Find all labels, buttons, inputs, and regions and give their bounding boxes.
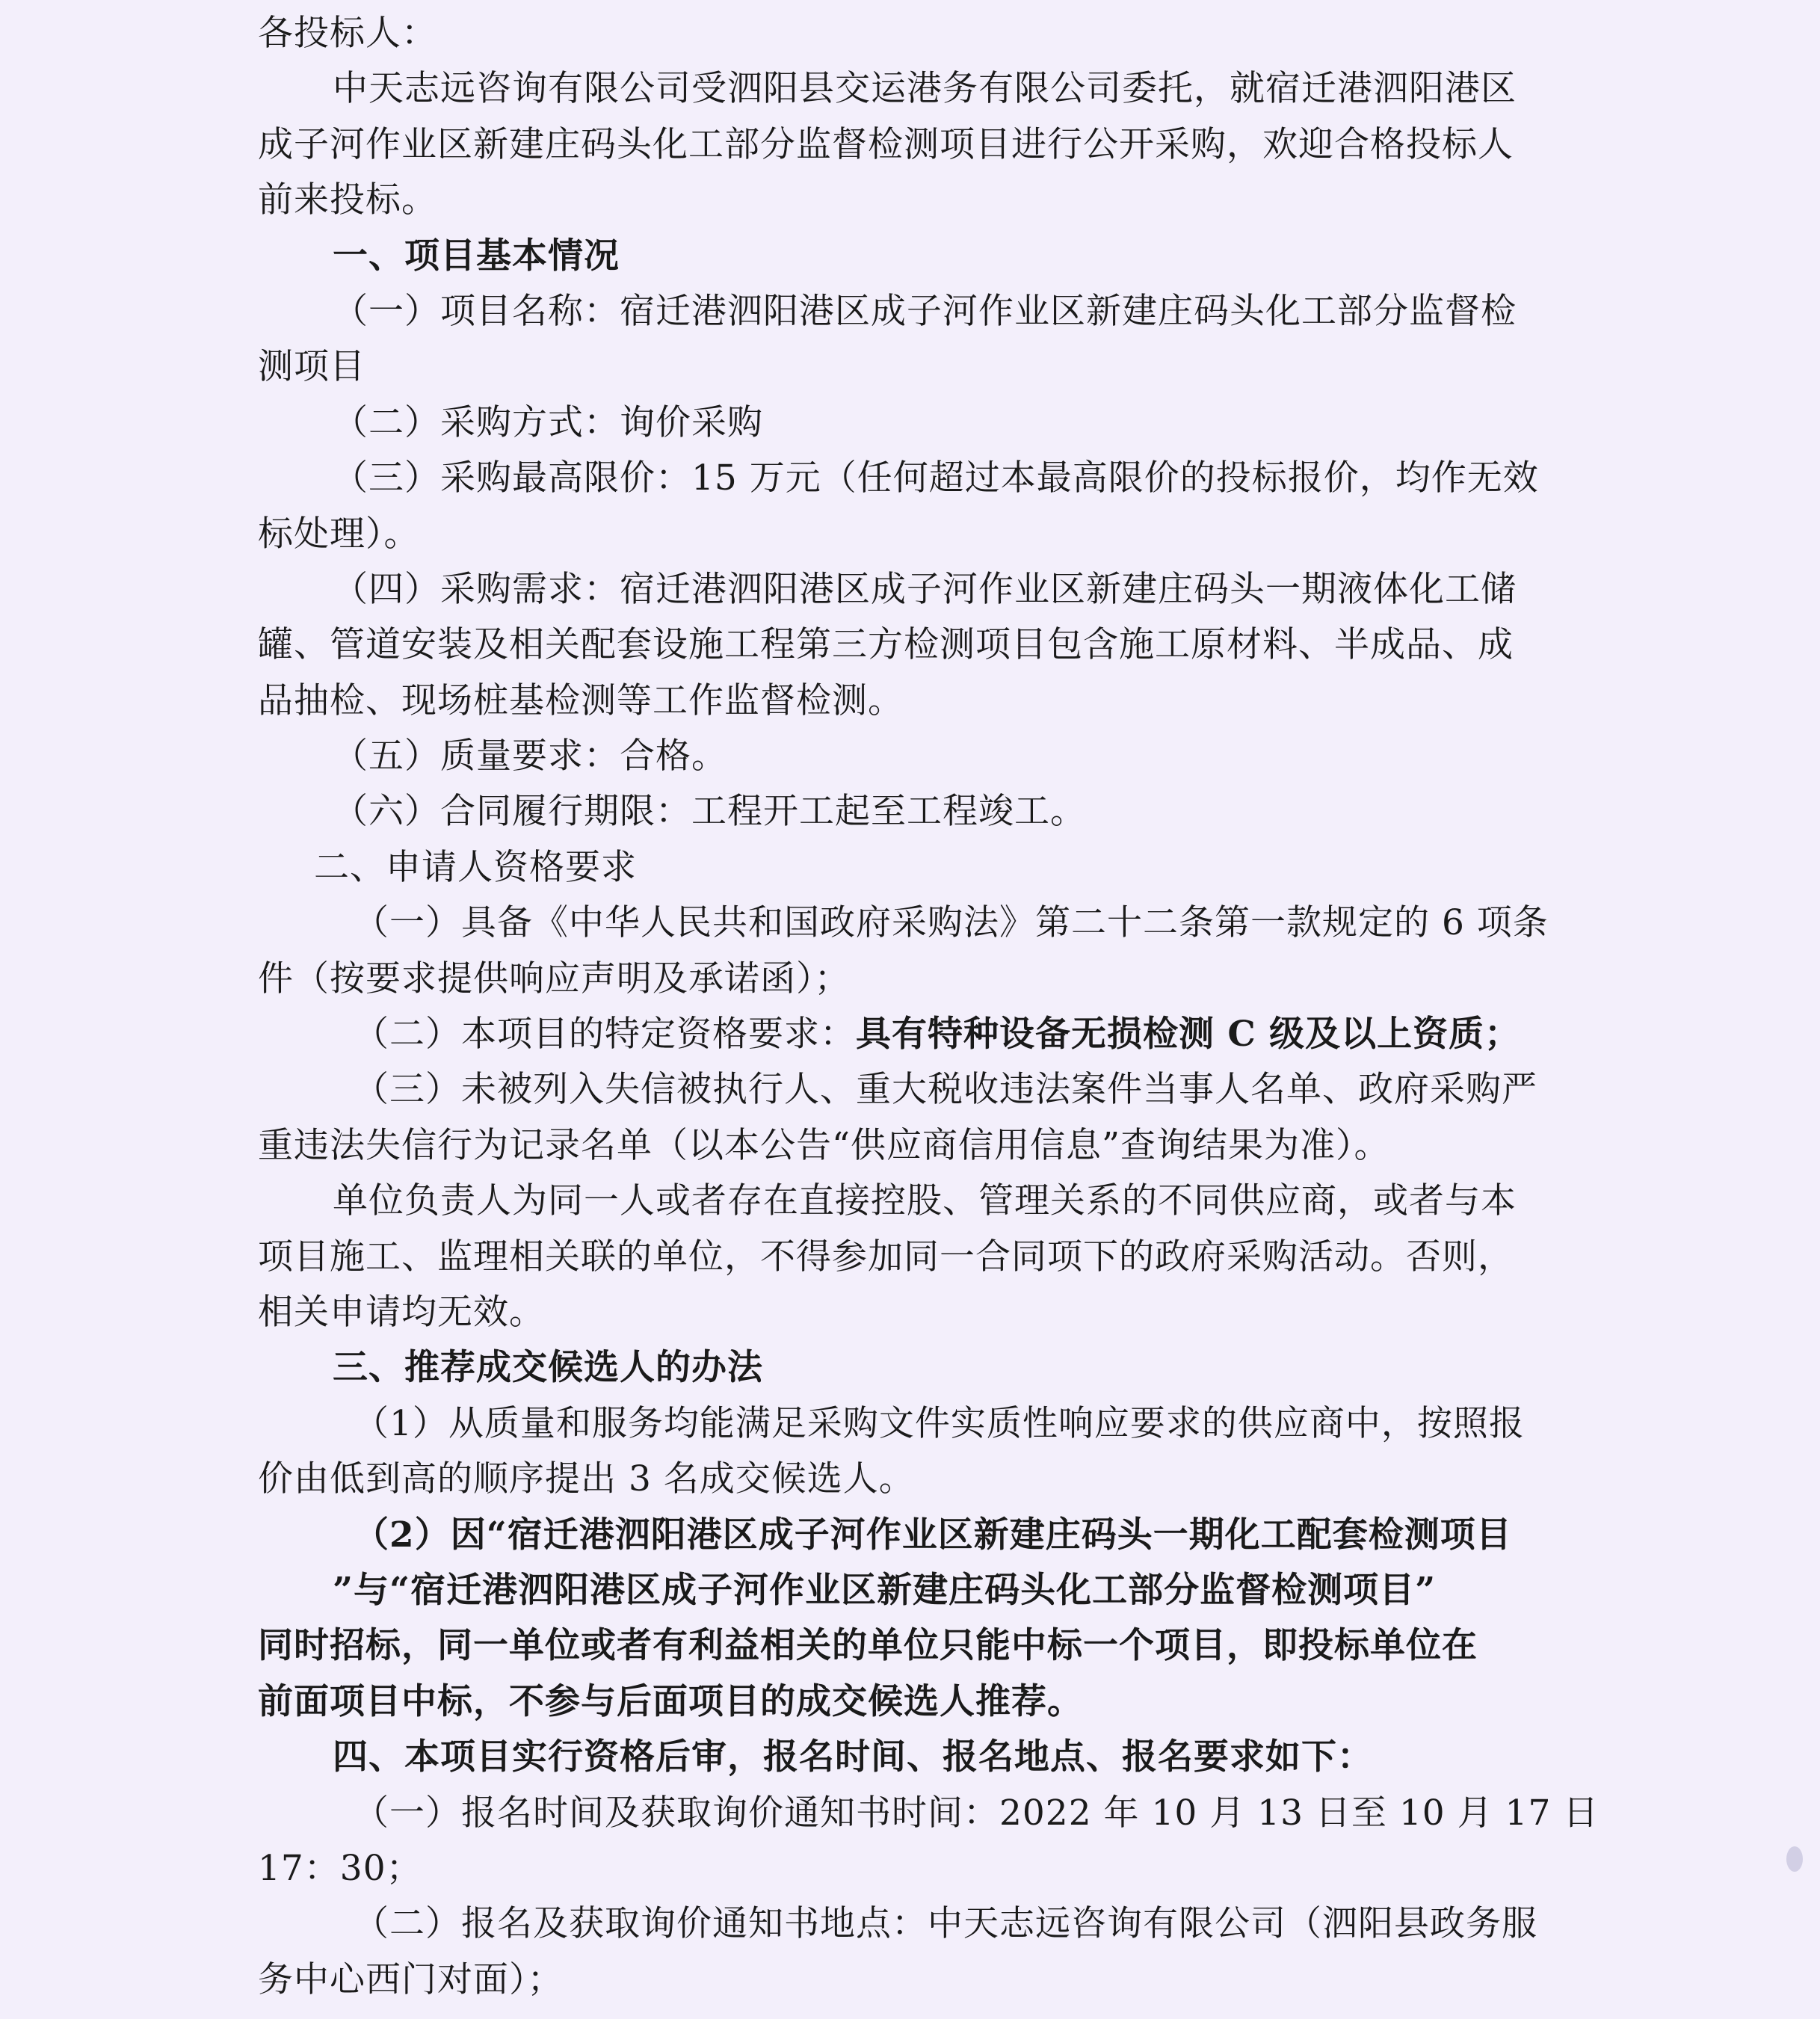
item-max-price-cont: 标处理）。 [258, 507, 1547, 562]
note-line: 项目施工、监理相关联的单位，不得参加同一合同项下的政府采购活动。否则， [258, 1230, 1547, 1285]
item-registration-place-cont: 务中心西门对面）； [258, 1952, 1547, 2008]
item-qualification-1-cont: 件（按要求提供响应声明及承诺函）； [258, 952, 1547, 1007]
item-procurement-method: （二）采购方式：询价采购 [258, 395, 1547, 451]
document-page: 各投标人： 中天志远咨询有限公司受泗阳县交运港务有限公司委托，就宿迁港泗阳港区 … [258, 6, 1547, 2008]
item-qualification-3-cont: 重违法失信行为记录名单（以本公告“供应商信用信息”查询结果为准）。 [258, 1118, 1547, 1174]
item-requirements-cont: 品抽检、现场桩基检测等工作监督检测。 [258, 673, 1547, 729]
item-requirements-cont: 罐、管道安装及相关配套设施工程第三方检测项目包含施工原材料、半成品、成 [258, 617, 1547, 673]
intro-line: 中天志远咨询有限公司受泗阳县交运港务有限公司委托，就宿迁港泗阳港区 [258, 61, 1547, 117]
item-method-1: （1）从质量和服务均能满足采购文件实质性响应要求的供应商中，按照报 [258, 1396, 1547, 1452]
section-heading-3: 三、推荐成交候选人的办法 [258, 1340, 1547, 1396]
item-registration-time-cont: 17：30； [258, 1841, 1547, 1896]
scan-smudge [1786, 1846, 1803, 1872]
item-method-2-cont: 同时招标，同一单位或者有利益相关的单位只能中标一个项目，即投标单位在 [258, 1618, 1547, 1674]
section-heading-4: 四、本项目实行资格后审，报名时间、报名地点、报名要求如下： [258, 1730, 1547, 1785]
item-max-price: （三）采购最高限价：15 万元（任何超过本最高限价的投标报价，均作无效 [258, 451, 1547, 506]
item-method-2-cont: 前面项目中标，不参与后面项目的成交候选人推荐。 [258, 1674, 1547, 1730]
item-project-name-cont: 测项目 [258, 339, 1547, 395]
intro-line: 前来投标。 [258, 173, 1547, 228]
item-registration-time: （一）报名时间及获取询价通知书时间：2022 年 10 月 13 日至 10 月… [258, 1786, 1547, 1841]
item-qualification-2-value: 具有特种设备无损检测 C 级及以上资质； [856, 1014, 1520, 1055]
item-quality: （五）质量要求：合格。 [258, 729, 1547, 784]
item-contract-period: （六）合同履行期限：工程开工起至工程竣工。 [258, 784, 1547, 839]
item-project-name: （一）项目名称：宿迁港泗阳港区成子河作业区新建庄码头化工部分监督检 [258, 284, 1547, 339]
intro-line: 成子河作业区新建庄码头化工部分监督检测项目进行公开采购，欢迎合格投标人 [258, 117, 1547, 173]
item-method-2: （2）因“宿迁港泗阳港区成子河作业区新建庄码头一期化工配套检测项目 [258, 1508, 1547, 1563]
item-method-1-cont: 价由低到高的顺序提出 3 名成交候选人。 [258, 1452, 1547, 1507]
item-method-2-cont: ”与“宿迁港泗阳港区成子河作业区新建庄码头化工部分监督检测项目” [258, 1563, 1547, 1618]
item-registration-place: （二）报名及获取询价通知书地点：中天志远咨询有限公司（泗阳县政务服 [258, 1896, 1547, 1952]
note-line: 单位负责人为同一人或者存在直接控股、管理关系的不同供应商，或者与本 [258, 1174, 1547, 1229]
item-qualification-1: （一）具备《中华人民共和国政府采购法》第二十二条第一款规定的 6 项条 [258, 896, 1547, 951]
section-heading-1: 一、项目基本情况 [258, 229, 1547, 284]
item-qualification-3: （三）未被列入失信被执行人、重大税收违法案件当事人名单、政府采购严 [258, 1062, 1547, 1118]
salutation: 各投标人： [258, 6, 1547, 61]
item-qualification-2: （二）本项目的特定资格要求：具有特种设备无损检测 C 级及以上资质； [258, 1007, 1547, 1062]
item-requirements: （四）采购需求：宿迁港泗阳港区成子河作业区新建庄码头一期液体化工储 [258, 562, 1547, 617]
section-heading-2: 二、申请人资格要求 [258, 840, 1547, 896]
note-line: 相关申请均无效。 [258, 1285, 1547, 1340]
item-qualification-2-label: （二）本项目的特定资格要求： [354, 1014, 856, 1055]
